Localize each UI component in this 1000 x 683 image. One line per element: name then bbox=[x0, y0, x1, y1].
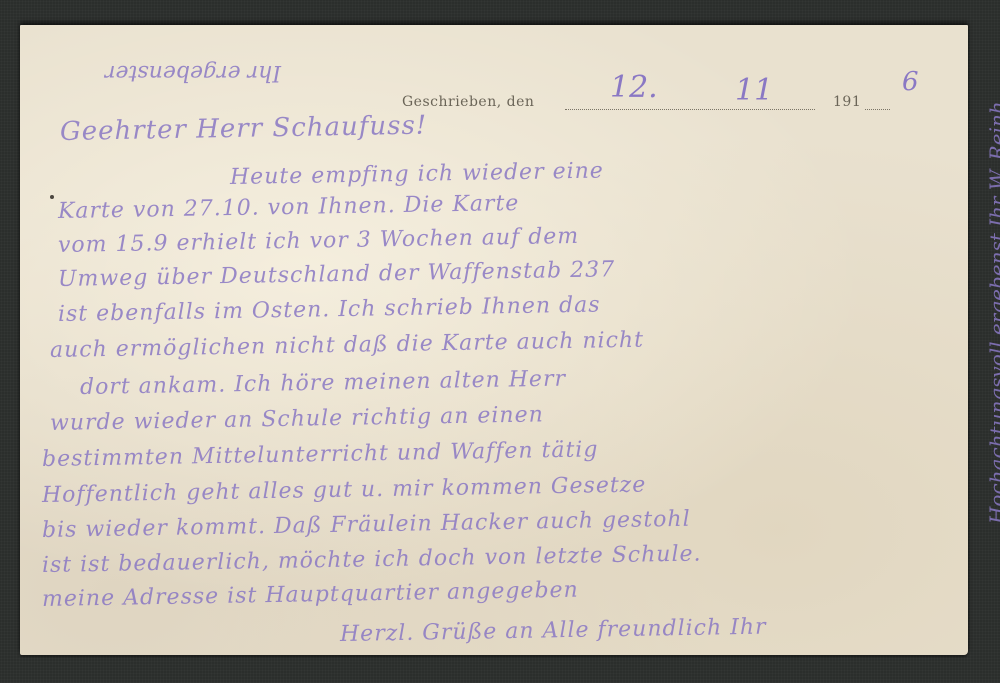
body-line-2: Karte von 27.10. von Ihnen. Die Karte bbox=[58, 191, 520, 224]
upside-down-note: Ihr ergebenster bbox=[105, 60, 281, 85]
vertical-margin-note: Hochachtungsvoll ergebenst Ihr W. Reinh. bbox=[985, 95, 1000, 524]
closing-line: Herzl. Grüße an Alle freundlich Ihr bbox=[340, 615, 767, 647]
body-line-10: Hoffentlich geht alles gut u. mir kommen… bbox=[42, 472, 647, 508]
body-line-13: meine Adresse ist Hauptquartier angegebe… bbox=[42, 578, 579, 612]
body-line-6: auch ermöglichen nicht daß die Karte auc… bbox=[50, 328, 644, 363]
year-dotted-line bbox=[865, 109, 890, 110]
greeting: Geehrter Herr Schaufuss! bbox=[60, 111, 428, 147]
postcard: Ihr ergebenster Geschrieben, den 191 12.… bbox=[20, 25, 968, 655]
date-year-suffix: 6 bbox=[902, 67, 919, 97]
date-month: 11 bbox=[735, 73, 773, 108]
body-line-8: wurde wieder an Schule richtig an einen bbox=[50, 402, 544, 436]
body-line-7: dort ankam. Ich höre meinen alten Herr bbox=[80, 367, 566, 400]
body-line-11: bis wieder kommt. Daß Fräulein Hacker au… bbox=[42, 507, 691, 543]
body-line-5: ist ebenfalls im Osten. Ich schrieb Ihne… bbox=[58, 293, 601, 327]
printed-date-label: Geschrieben, den bbox=[402, 94, 534, 110]
body-line-1: Heute empfing ich wieder eine bbox=[230, 158, 604, 190]
printed-label: Geschrieben, den bbox=[402, 94, 534, 110]
printed-year: 191 bbox=[833, 94, 861, 110]
body-line-9: bestimmten Mittelunterricht und Waffen t… bbox=[42, 437, 599, 472]
date-day: 12. bbox=[610, 70, 658, 105]
ink-spot bbox=[50, 195, 54, 199]
body-line-12: ist ist bedauerlich, möchte ich doch von… bbox=[42, 541, 702, 578]
body-line-4: Umweg über Deutschland der Waffenstab 23… bbox=[58, 257, 616, 292]
body-line-3: vom 15.9 erhielt ich vor 3 Wochen auf de… bbox=[58, 224, 580, 258]
date-dotted-line bbox=[565, 109, 815, 110]
